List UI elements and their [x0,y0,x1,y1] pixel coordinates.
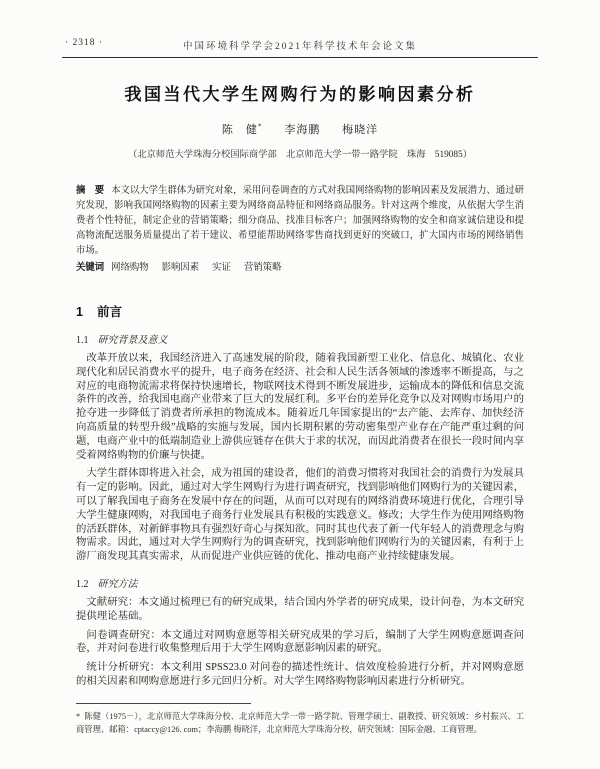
author: 陈 健* [222,124,263,136]
abstract: 摘 要本文以大学生群体为研究对象，采用问卷调查的方式对我国网络购物的影响因素及发… [76,182,524,259]
page-number: · 2318 · [65,38,103,48]
paragraph: 改革开放以来，我国经济进入了高速发展的阶段，随着我国新型工业化、信息化、城镇化、… [76,352,524,462]
paragraph: 问卷调查研究：本文通过对网购意愿等相关研究成果的学习后，编制了大学生网购意愿调查… [76,629,524,657]
author-name: 李海鹏 [284,124,320,136]
paper-page: · 2318 · 中国环境科学学会2021年科学技术年会论文集 我国当代大学生网… [0,0,600,769]
footnote: *陈健（1975－），北京师范大学珠海分校、北京师范大学一带一路学院、管理学硕士… [76,710,524,737]
running-header: · 2318 · 中国环境科学学会2021年科学技术年会论文集 [62,38,538,52]
proceedings-title: 中国环境科学学会2021年科学技术年会论文集 [62,38,538,52]
subsection-heading-methods: 1.2研究方法 [76,575,524,590]
header-rule [62,57,538,58]
subsection-number: 1.1 [76,335,89,346]
subsection-title: 研究方法 [98,579,138,590]
author: 梅晓洋 [342,124,378,136]
subsection-number: 1.2 [76,579,89,590]
section-title: 前言 [97,305,122,319]
section-number: 1 [76,305,83,319]
footnote-separator [76,703,251,704]
paragraph: 文献研究：本文通过梳理已有的研究成果，结合国内外学者的研究成果，设计问卷，为本文… [76,596,524,624]
author-line: 陈 健* 李海鹏 梅晓洋 [62,121,538,137]
author-name: 陈 健 [222,124,258,136]
abstract-text: 本文以大学生群体为研究对象，采用问卷调查的方式对我国网络购物的影响因素及发展潜力… [76,186,524,256]
keyword: 实证 [212,263,231,273]
author-name: 梅晓洋 [342,124,378,136]
keyword: 影响因素 [162,263,200,273]
footnote-marker: * [76,712,80,721]
paper-title: 我国当代大学生网购行为的影响因素分析 [62,80,538,105]
author: 李海鹏 [284,124,320,136]
section-heading-introduction: 1前言 [76,302,524,320]
subsection-title: 研究背景及意义 [98,335,168,346]
paragraph: 统计分析研究：本文利用 SPSS23.0 对问卷的描述性统计、信效度检验进行分析… [76,661,524,689]
keyword: 网络购物 [111,263,149,273]
footnote-text: 陈健（1975－），北京师范大学珠海分校、北京师范大学一带一路学院、管理学硕士、… [76,712,524,735]
keyword: 营销策略 [244,263,282,273]
paragraph: 大学生群体即将进入社会，成为祖国的建设者，他们的消费习惯将对我国社会的消费行为发… [76,467,524,564]
affiliation: （北京师范大学珠海分校国际商学部 北京师范大学一带一路学院 珠海 519085） [62,146,538,160]
keywords-line: 关键词网络购物影响因素实证营销策略 [76,259,524,276]
keywords-label: 关键词 [76,261,104,272]
subsection-heading-background: 1.1研究背景及意义 [76,331,524,346]
abstract-label: 摘 要 [76,184,104,195]
author-corresponding-marker: * [258,121,263,130]
